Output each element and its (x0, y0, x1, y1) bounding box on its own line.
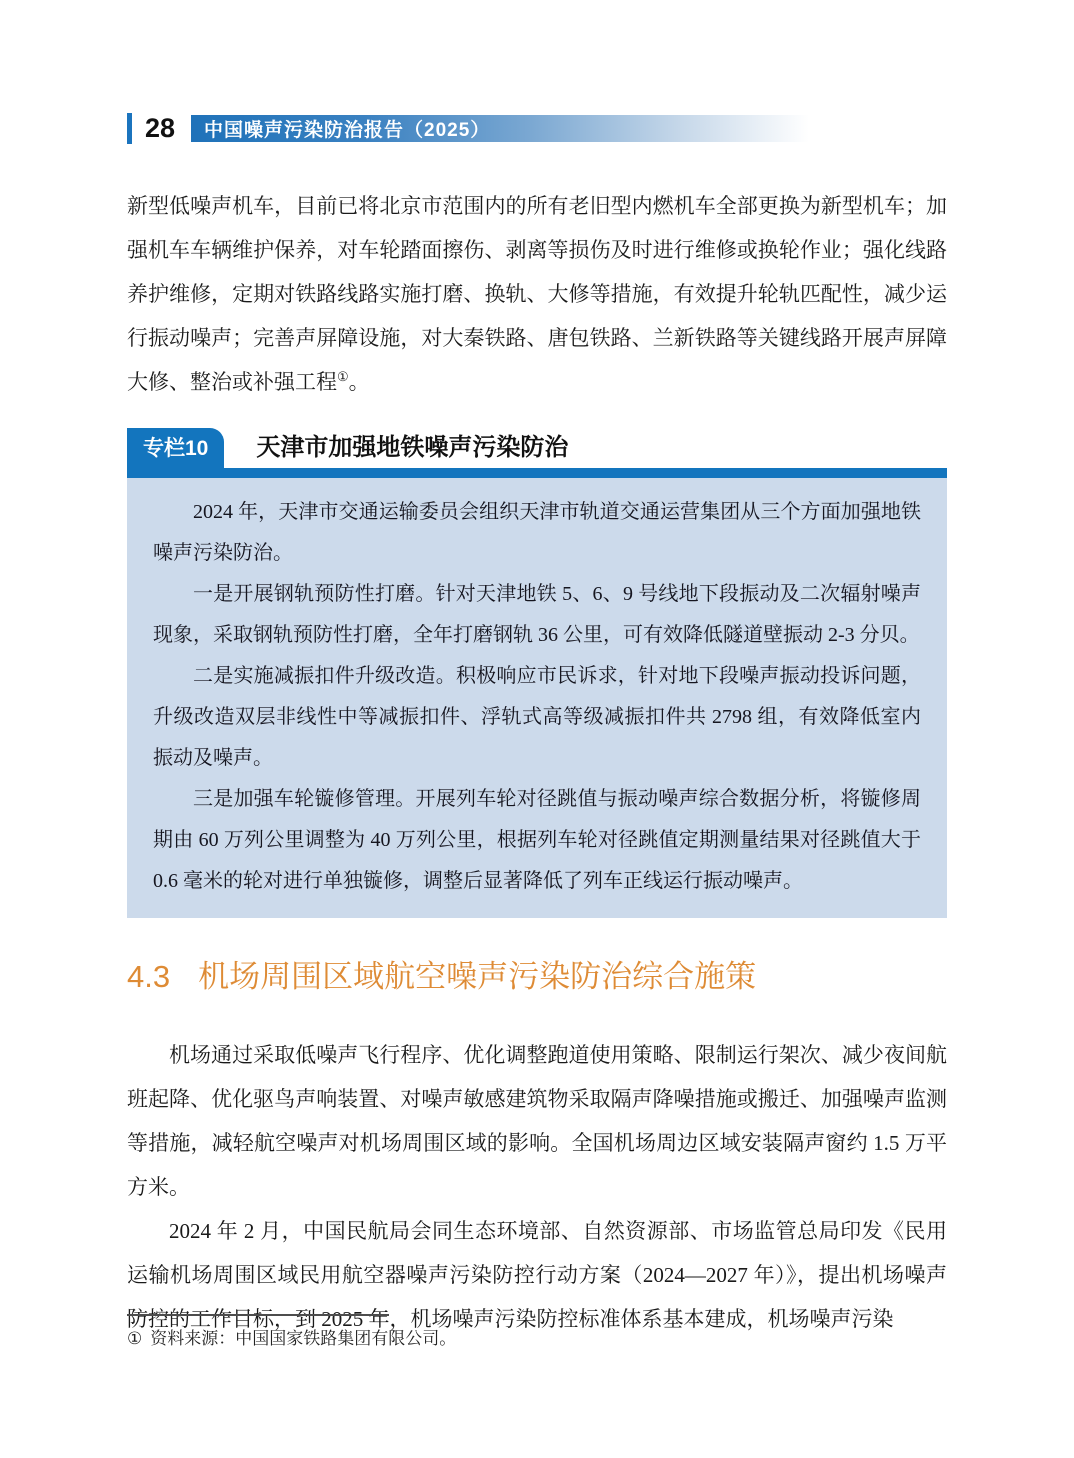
intro-paragraph-text: 新型低噪声机车，目前已将北京市范围内的所有老旧型内燃机车全部更换为新型机车；加强… (127, 194, 947, 394)
callout-badge: 专栏10 (127, 428, 224, 468)
callout-paragraph: 一是开展钢轨预防性打磨。针对天津地铁 5、6、9 号线地下段振动及二次辐射噪声现… (153, 574, 921, 656)
footnote-text: 资料来源：中国国家铁路集团有限公司。 (150, 1329, 456, 1348)
footnote-divider (127, 1314, 389, 1316)
callout-header: 专栏10 天津市加强地铁噪声污染防治 (127, 428, 947, 468)
intro-paragraph-period: 。 (349, 370, 370, 394)
callout-paragraph: 2024 年，天津市交通运输委员会组织天津市轨道交通运营集团从三个方面加强地铁噪… (153, 492, 921, 574)
section-paragraph: 机场通过采取低噪声飞行程序、优化调整跑道使用策略、限制运行架次、减少夜间航班起降… (127, 1033, 947, 1209)
report-title: 中国噪声污染防治报告（2025） (191, 115, 490, 142)
footnote: ①资料来源：中国国家铁路集团有限公司。 (127, 1326, 947, 1352)
callout-paragraph: 二是实施减振扣件升级改造。积极响应市民诉求，针对地下段噪声振动投诉问题，升级改造… (153, 656, 921, 779)
section-heading-4-3: 4.3机场周围区域航空噪声污染防治综合施策 (127, 958, 947, 995)
footnote-reference: ① (337, 369, 349, 384)
section-title: 机场周围区域航空噪声污染防治综合施策 (198, 959, 756, 994)
callout-column-10: 专栏10 天津市加强地铁噪声污染防治 2024 年，天津市交通运输委员会组织天津… (127, 428, 947, 918)
footnote-area: ①资料来源：中国国家铁路集团有限公司。 (127, 1314, 947, 1352)
intro-paragraph: 新型低噪声机车，目前已将北京市范围内的所有老旧型内燃机车全部更换为新型机车；加强… (127, 184, 947, 404)
section-number: 4.3 (127, 959, 170, 994)
header-vertical-rule (127, 113, 132, 144)
callout-title: 天津市加强地铁噪声污染防治 (256, 436, 568, 460)
header-title-band: 中国噪声污染防治报告（2025） (191, 115, 809, 142)
callout-stripe (127, 468, 947, 478)
page-number: 28 (145, 115, 175, 142)
footnote-marker: ① (127, 1329, 142, 1348)
callout-body: 2024 年，天津市交通运输委员会组织天津市轨道交通运营集团从三个方面加强地铁噪… (127, 478, 947, 918)
callout-paragraph: 三是加强车轮镟修管理。开展列车轮对径跳值与振动噪声综合数据分析，将镟修周期由 6… (153, 779, 921, 902)
document-page: 28 中国噪声污染防治报告（2025） 新型低噪声机车，目前已将北京市范围内的所… (0, 0, 1074, 1458)
page-header: 28 中国噪声污染防治报告（2025） (127, 112, 947, 144)
